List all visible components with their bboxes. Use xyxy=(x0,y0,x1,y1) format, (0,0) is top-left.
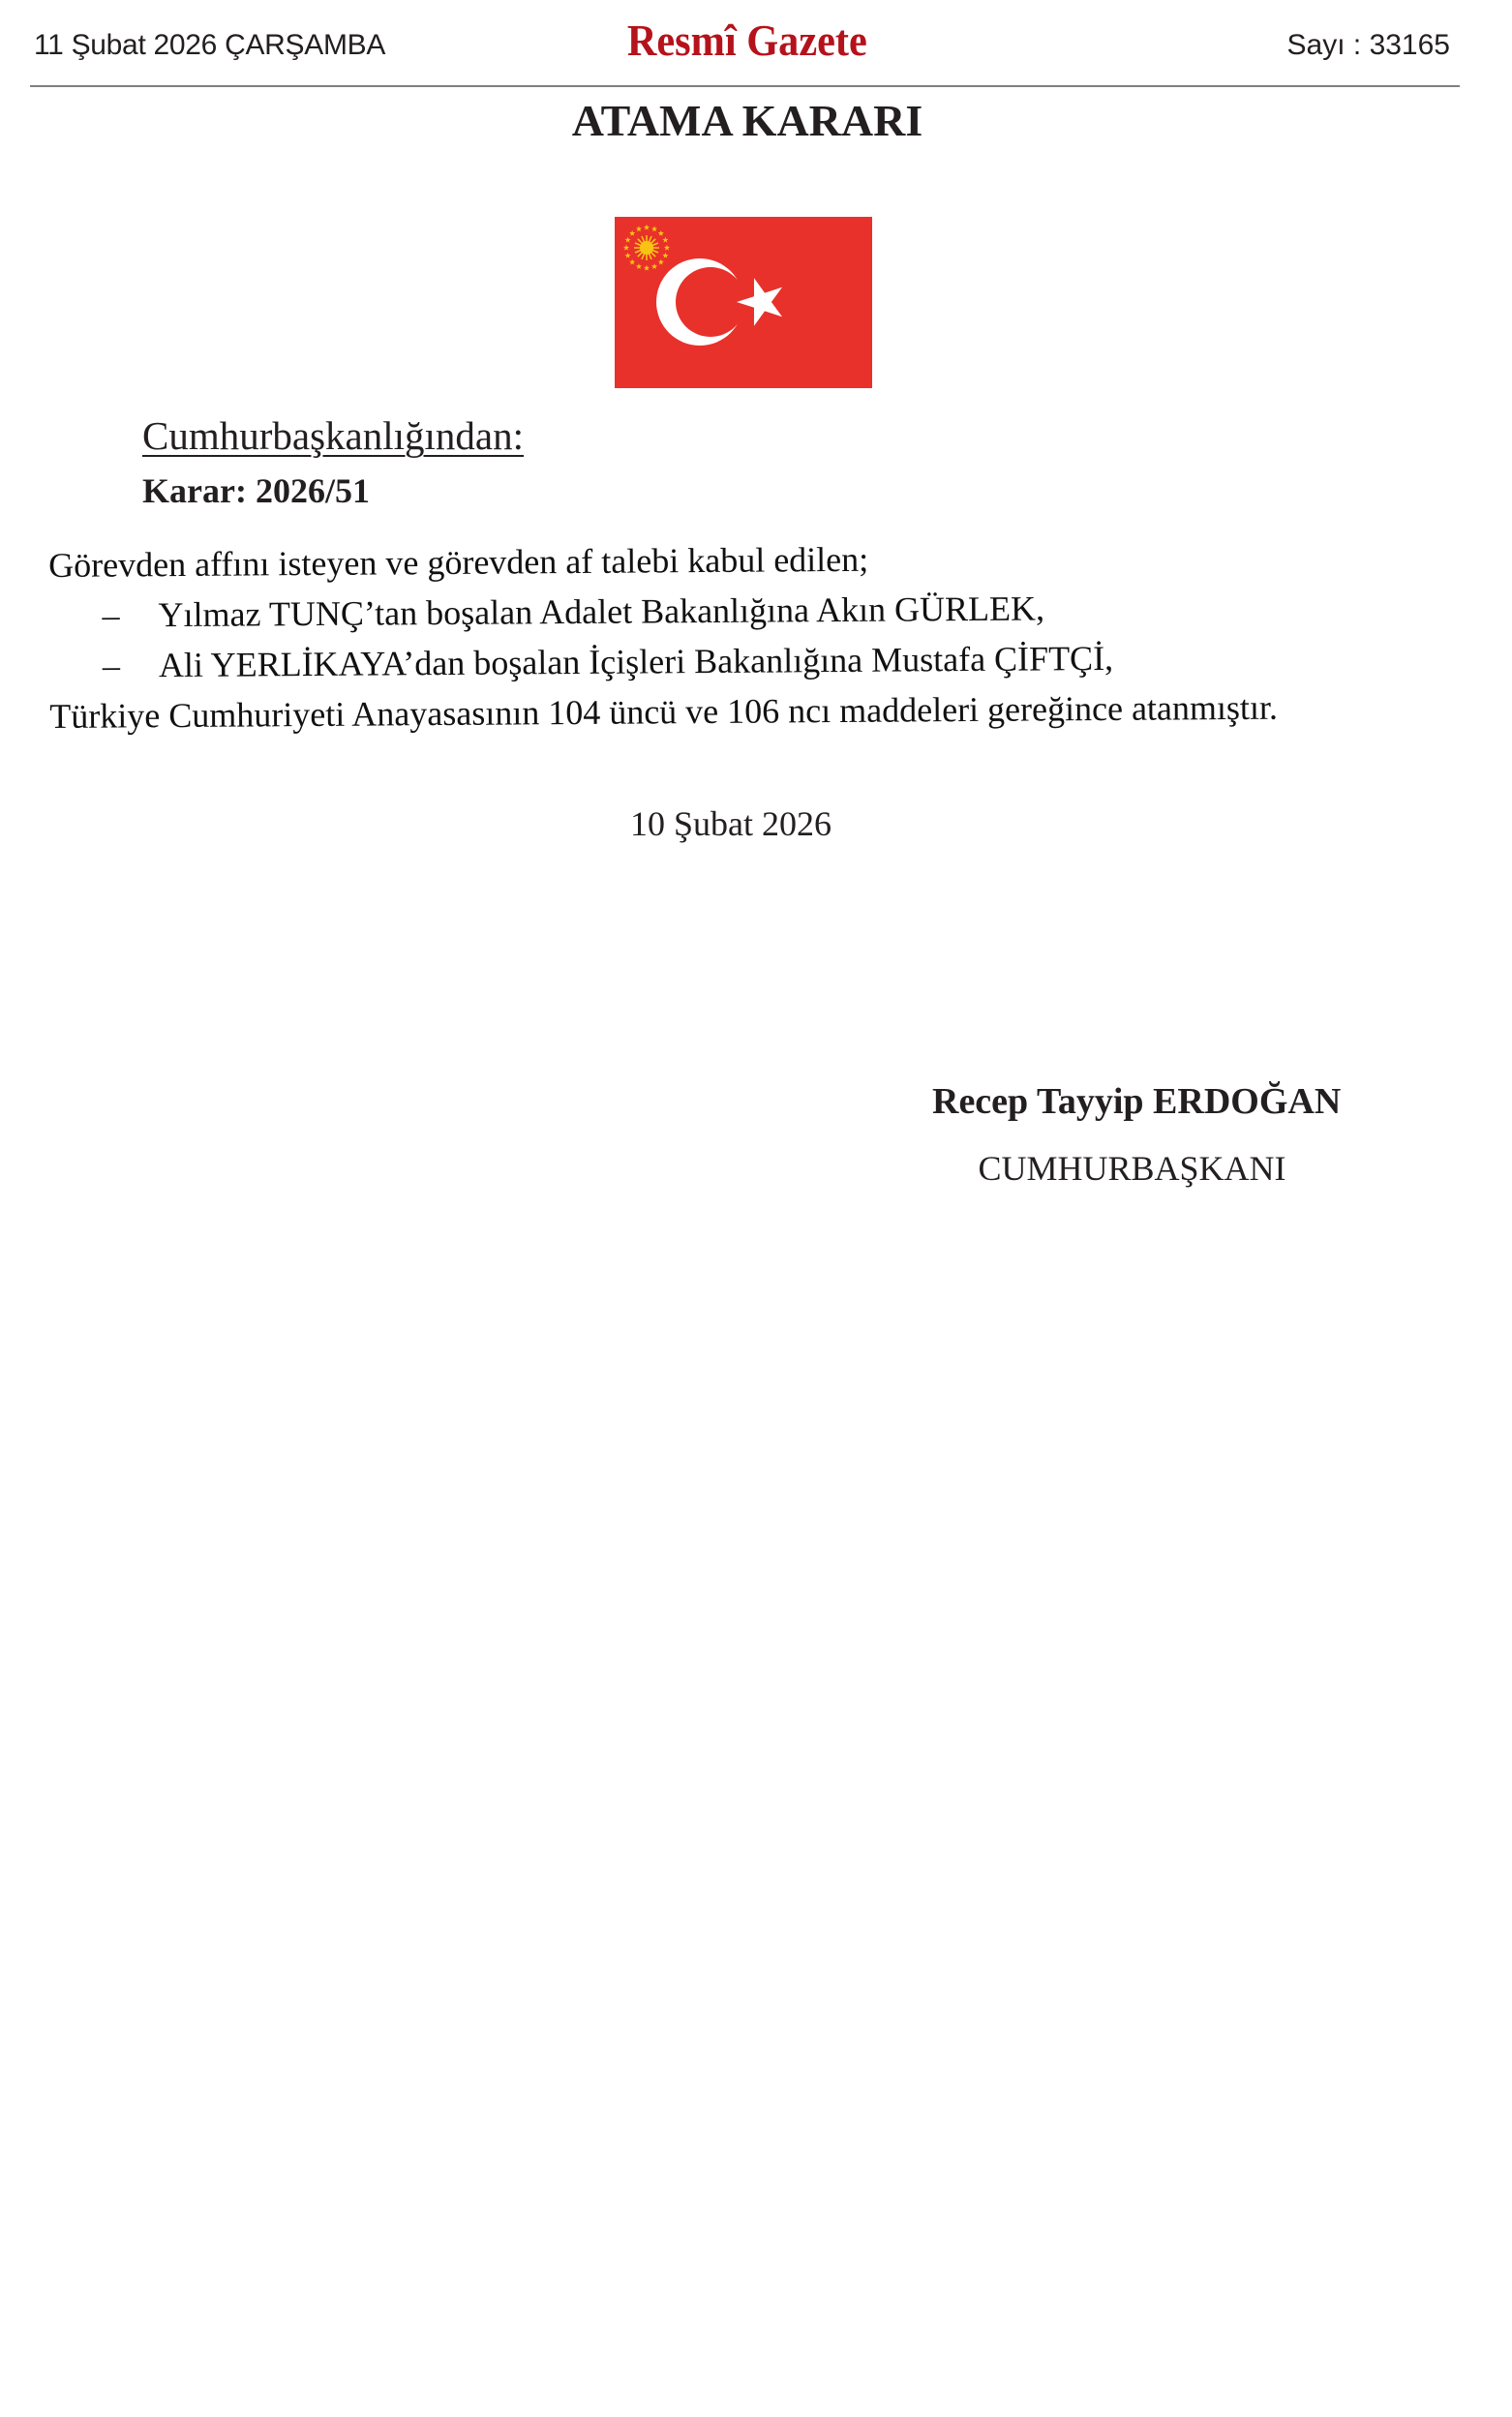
issuing-authority: Cumhurbaşkanlığından: xyxy=(142,412,524,459)
list-dash: – xyxy=(103,640,159,690)
issue-number: Sayı : 33165 xyxy=(1287,29,1450,62)
appointment-text: Yılmaz TUNÇ’tan boşalan Adalet Bakanlığı… xyxy=(158,589,1044,634)
signatory-title: CUMHURBAŞKANI xyxy=(932,1148,1332,1189)
document-title-row: ATAMA KARARI xyxy=(0,95,1512,146)
document-title: ATAMA KARARI xyxy=(572,96,922,145)
appointment-text: Ali YERLİKAYA’dan boşalan İçişleri Bakan… xyxy=(159,639,1113,684)
header-divider xyxy=(30,85,1460,87)
decision-number: Karar: 2026/51 xyxy=(142,470,370,511)
gazette-masthead: Resmî Gazete xyxy=(60,15,1451,66)
list-dash: – xyxy=(102,589,158,640)
masthead-title: Resmî Gazete xyxy=(627,15,867,66)
signatory-name: Recep Tayyip ERDOĞAN xyxy=(932,1080,1341,1123)
decree-closing: Türkiye Cumhuriyeti Anayasasının 104 ünc… xyxy=(49,681,1405,741)
decree-date: 10 Şubat 2026 xyxy=(0,803,1462,844)
presidential-standard-icon xyxy=(615,217,872,388)
decree-body: Görevden affını isteyen ve görevden af t… xyxy=(48,530,1405,741)
